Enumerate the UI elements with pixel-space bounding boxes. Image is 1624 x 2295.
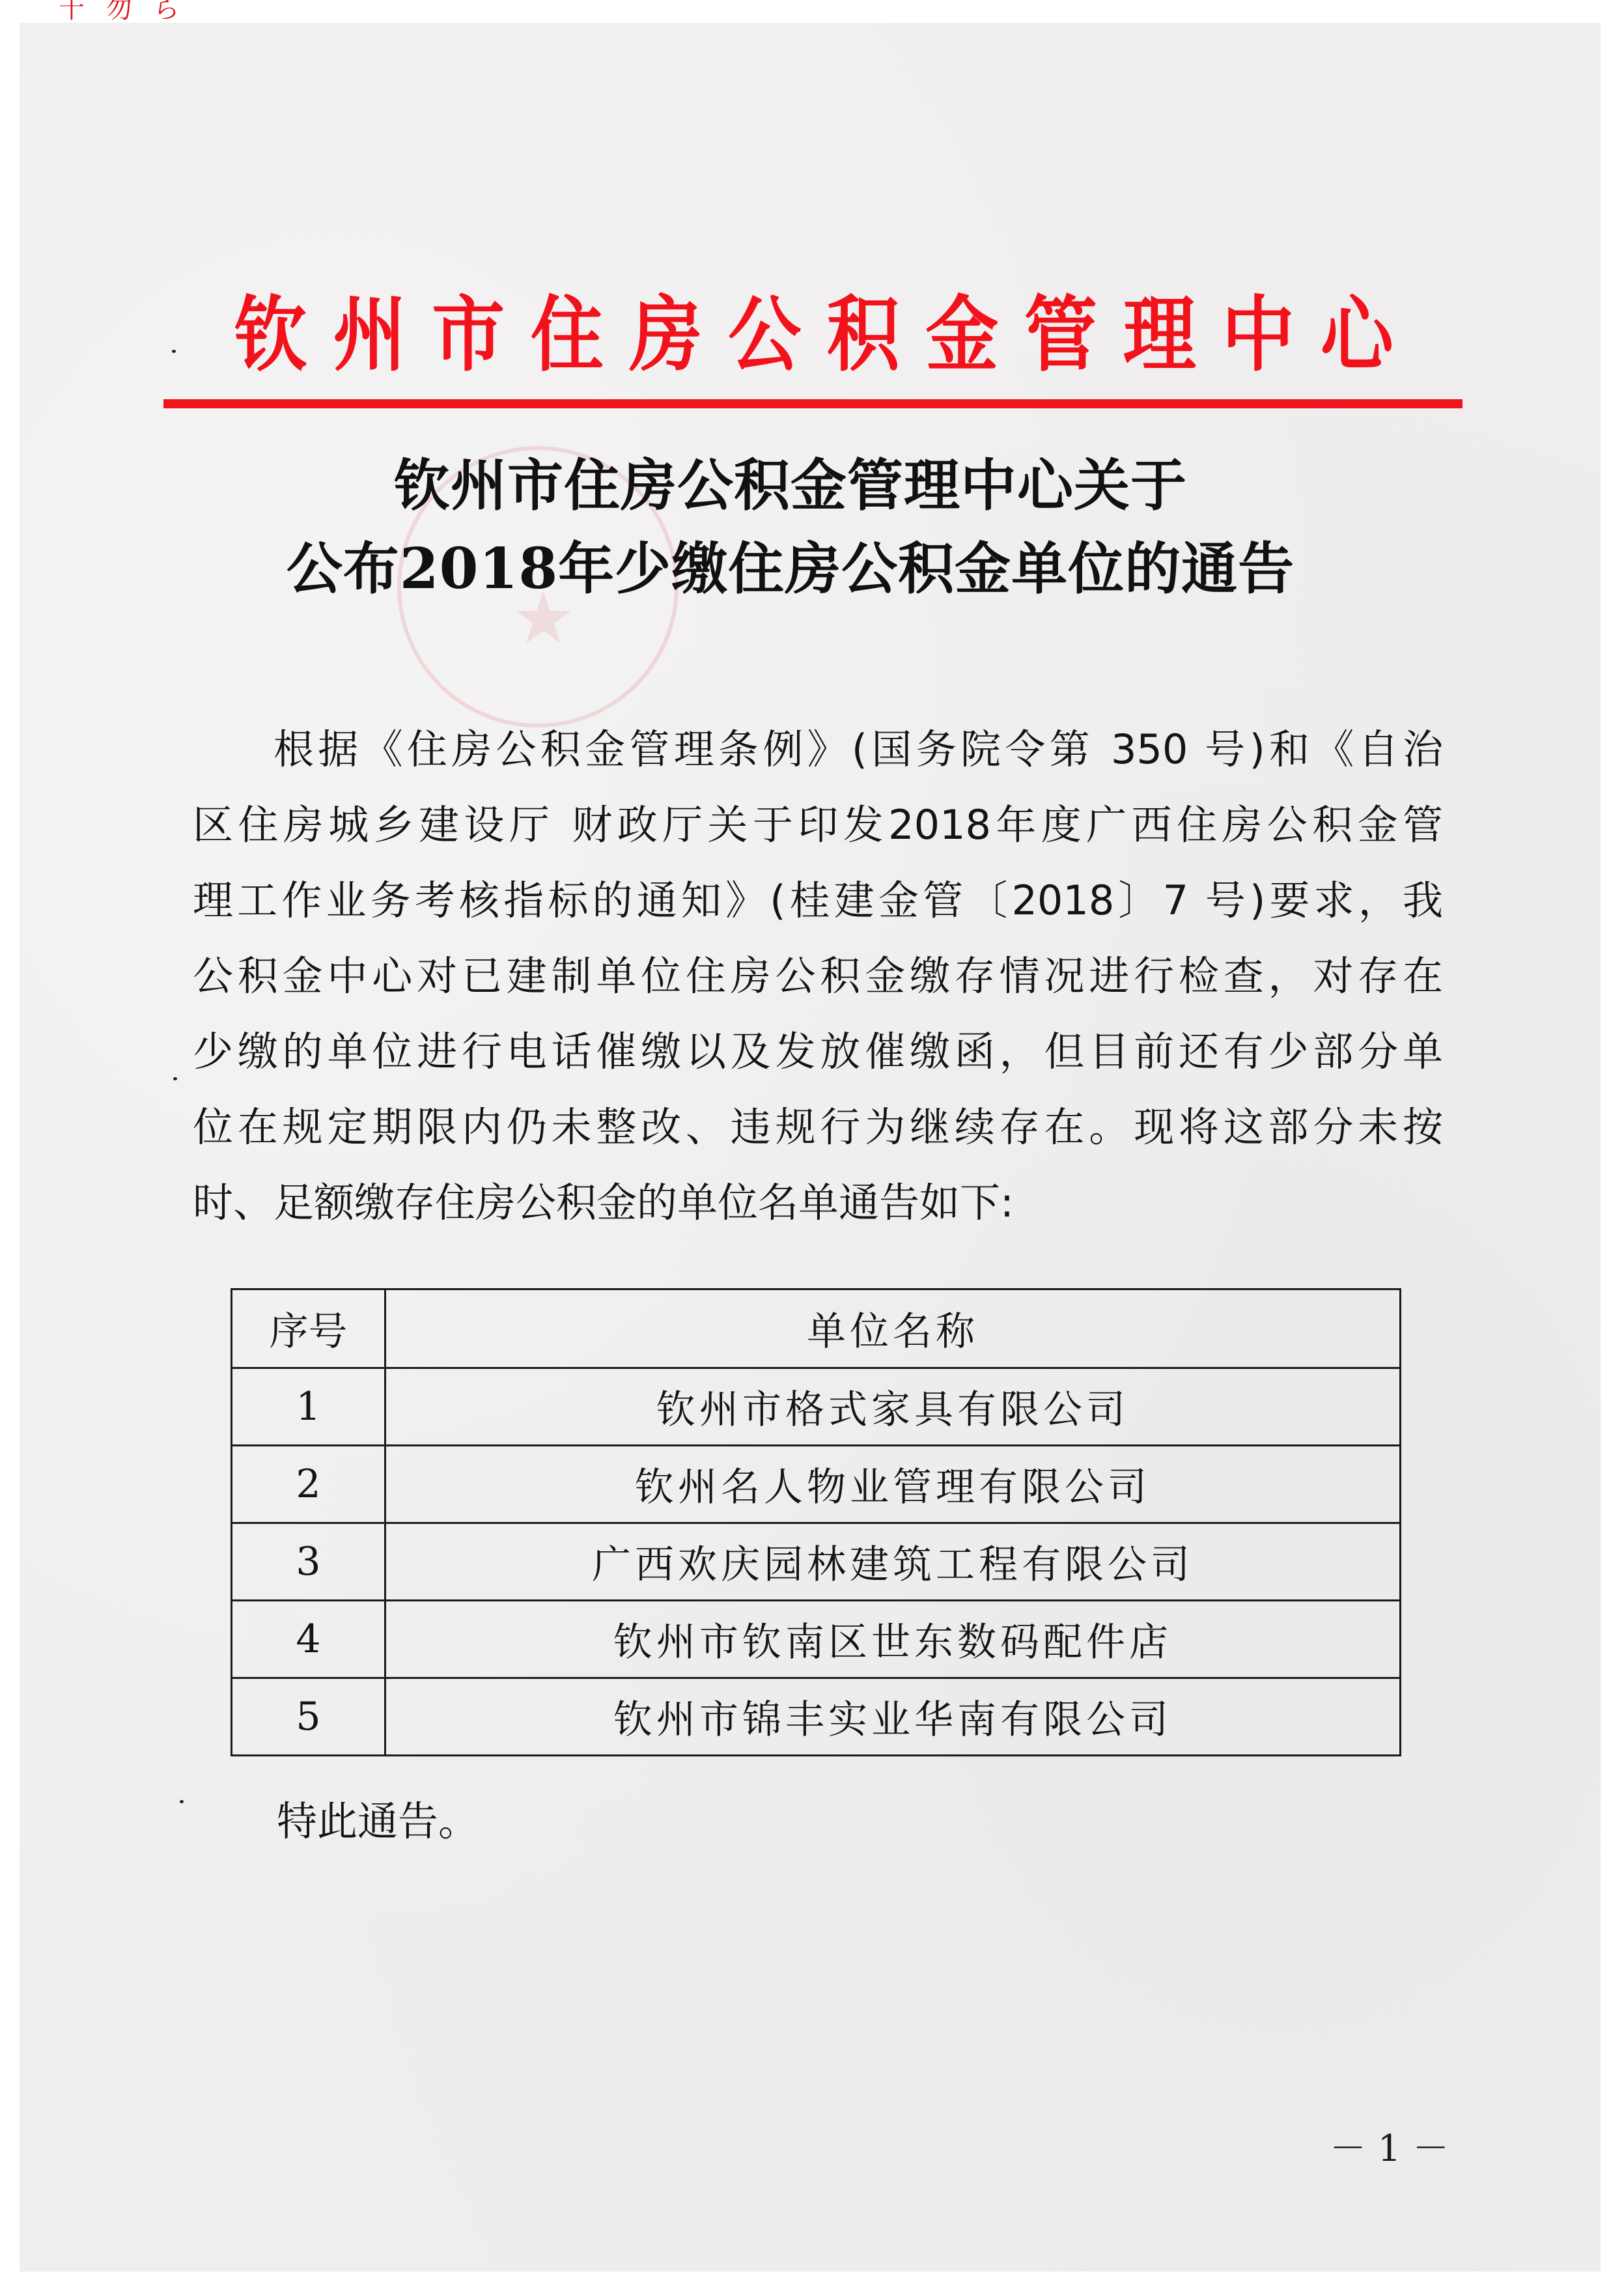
letterhead-organization: 钦 州 市 住 房 公 积 金 管 理 中 心 [234, 287, 1393, 384]
header-serial-number: 序号 [232, 1289, 385, 1368]
letterhead-char: 心 [1321, 294, 1393, 376]
body-line: 公积金中心对已建制单位住房公积金缴存情况进行检查，对存在 [193, 938, 1443, 1014]
letterhead-char: 金 [925, 294, 998, 376]
row-unit-name: 钦州名人物业管理有限公司 [385, 1446, 1401, 1523]
row-serial-number: 4 [232, 1601, 385, 1678]
row-serial-number: 2 [232, 1446, 385, 1523]
table-header-row: 序号 单位名称 [232, 1289, 1401, 1368]
table-row: 5 钦州市锦丰实业华南有限公司 [232, 1678, 1401, 1756]
page-number: － 1 － [1330, 2120, 1449, 2172]
body-line: 时、足额缴存住房公积金的单位名单通告如下: [193, 1165, 1443, 1241]
letterhead-char: 公 [728, 294, 801, 376]
body-line: 位在规定期限内仍未整改、违规行为继续存在。现将这部分未按 [193, 1090, 1443, 1165]
body-paragraph: 根据《住房公积金管理条例》(国务院令第 350 号)和《自治 区住房城乡建设厅 … [193, 712, 1443, 1241]
corner-red-mark: 十 勿 ら [59, 0, 186, 25]
table-row: 1 钦州市格式家具有限公司 [232, 1368, 1401, 1446]
table-row: 4 钦州市钦南区世东数码配件店 [232, 1601, 1401, 1678]
letterhead-char: 积 [827, 294, 900, 376]
header-unit-name: 单位名称 [385, 1289, 1401, 1368]
document-title-line-2: 公布2018年少缴住房公积金单位的通告 [0, 541, 1581, 597]
letterhead-char: 中 [1222, 294, 1295, 376]
scan-speck [172, 350, 176, 353]
row-serial-number: 1 [232, 1368, 385, 1446]
letterhead-char: 理 [1123, 294, 1196, 376]
body-line: 区住房城乡建设厅 财政厅关于印发2018年度广西住房公积金管 [193, 787, 1443, 863]
row-serial-number: 5 [232, 1678, 385, 1756]
body-line: 少缴的单位进行电话催缴以及发放催缴函，但目前还有少部分单 [193, 1014, 1443, 1090]
letterhead-char: 住 [531, 294, 604, 376]
body-line: 理工作业务考核指标的通知》(桂建金管〔2018〕7 号)要求，我 [193, 863, 1443, 938]
table-row: 2 钦州名人物业管理有限公司 [232, 1446, 1401, 1523]
unit-list-table: 序号 单位名称 1 钦州市格式家具有限公司 2 钦州名人物业管理有限公司 3 广… [231, 1288, 1401, 1756]
row-unit-name: 钦州市锦丰实业华南有限公司 [385, 1678, 1401, 1756]
letterhead-red-rule [163, 399, 1463, 408]
scanned-page: ★ 钦 州 市 住 房 公 积 金 管 理 中 心 钦州市住房公积金管理中心关于… [20, 23, 1601, 2272]
scan-speck [173, 1077, 177, 1080]
letterhead-char: 钦 [234, 294, 307, 376]
letterhead-char: 市 [432, 294, 505, 376]
scan-speck [180, 1800, 184, 1803]
row-unit-name: 广西欢庆园林建筑工程有限公司 [385, 1523, 1401, 1601]
closing-statement: 特此通告。 [277, 1789, 479, 1847]
table-row: 3 广西欢庆园林建筑工程有限公司 [232, 1523, 1401, 1601]
row-serial-number: 3 [232, 1523, 385, 1601]
letterhead-char: 州 [333, 294, 406, 376]
row-unit-name: 钦州市钦南区世东数码配件店 [385, 1601, 1401, 1678]
document-title-line-1: 钦州市住房公积金管理中心关于 [0, 458, 1581, 514]
letterhead-char: 房 [630, 294, 703, 376]
letterhead-char: 管 [1024, 294, 1097, 376]
row-unit-name: 钦州市格式家具有限公司 [385, 1368, 1401, 1446]
body-line: 根据《住房公积金管理条例》(国务院令第 350 号)和《自治 [193, 712, 1443, 787]
